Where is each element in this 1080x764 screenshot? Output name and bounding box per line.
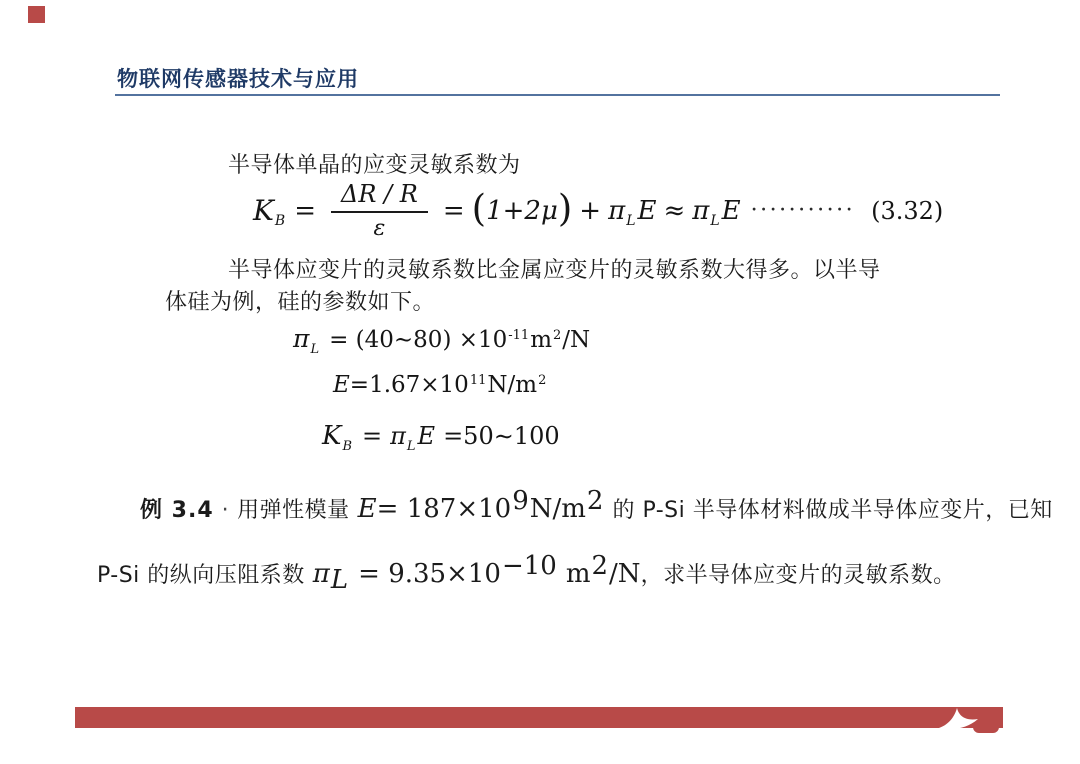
var-E: E	[722, 196, 741, 226]
unit-per-N: /N	[609, 559, 641, 589]
fraction-numerator: ΔR / R	[331, 180, 428, 213]
subscript-L: L	[407, 439, 416, 454]
equation-pi-L: π L = (40∼80) ×10 -11 m 2 /N	[293, 324, 590, 353]
example-text: ，求半导体应变片的灵敏系数。	[641, 558, 956, 589]
leader-dots: ···········	[751, 198, 855, 223]
exponent: 11	[470, 373, 487, 388]
expr-1-plus-2mu: 1+2μ	[486, 196, 558, 226]
fraction-deltaR-over-epsilon: ΔR / R ε	[331, 180, 428, 241]
separator-dot: ·	[222, 498, 230, 523]
equation-3-32: K B = ΔR / R ε = ( 1+2μ ) + π L E ≈ π L …	[253, 180, 943, 241]
unit: N/m	[530, 494, 586, 524]
unit-m: m	[530, 327, 552, 353]
intro-sentence: 半导体单晶的应变灵敏系数为	[228, 148, 521, 179]
unit-per-N: /N	[562, 327, 590, 353]
var-pi: π	[608, 196, 625, 226]
unit-m: m	[566, 559, 591, 589]
var-E: E	[358, 494, 377, 524]
equals-sign: =	[362, 422, 382, 450]
exponent: 2	[587, 486, 604, 516]
close-paren: )	[558, 187, 572, 230]
subscript-B: B	[275, 213, 285, 229]
var-pi: π	[692, 196, 709, 226]
value: =1.67×10	[350, 372, 469, 398]
var-pi: π	[313, 559, 330, 589]
example-line-1: 例 3.4 · 用弹性模量 E = 187×10 9 N/m 2 的 P-Si …	[140, 493, 1053, 524]
var-E: E	[358, 494, 377, 524]
unit: N/m	[487, 372, 537, 398]
equation-number: (3.32)	[871, 197, 943, 225]
course-title: 物联网传感器技术与应用	[117, 63, 359, 93]
var-K: K	[322, 421, 341, 451]
open-paren: (	[472, 187, 486, 230]
corner-accent-square	[28, 6, 45, 23]
exponent: 9	[512, 486, 529, 516]
example-line-2: P-Si 的纵向压阻系数 π L = 9.35×10 −10 m 2 /N ，求…	[97, 558, 956, 589]
equals-sign: =	[443, 196, 465, 226]
value-range: =50∼100	[443, 422, 560, 450]
header-divider	[115, 94, 1000, 96]
footer-accent-bar	[75, 707, 1003, 728]
var-E: E	[637, 196, 656, 226]
subscript-B: B	[342, 439, 352, 454]
exponent: −10	[502, 551, 557, 581]
example-label: 例 3.4	[140, 493, 214, 524]
value-range: = (40∼80) ×10	[329, 327, 507, 353]
exponent: 2	[538, 373, 546, 388]
equation-E: E =1.67×10 11 N/m 2	[333, 372, 547, 398]
slide: 物联网传感器技术与应用 半导体单晶的应变灵敏系数为 K B = ΔR / R ε…	[0, 0, 1080, 764]
approx-sign: ≈	[663, 196, 685, 226]
equals-sign: =	[294, 196, 316, 226]
equation-KB: K B = π L E =50∼100	[322, 421, 560, 451]
var-pi: π	[390, 422, 406, 450]
fraction-denominator: ε	[374, 213, 386, 241]
value: = 9.35×10	[358, 559, 501, 589]
example-text: 用弹性模量	[237, 493, 350, 524]
subscript-L: L	[331, 565, 348, 595]
paragraph-line-2: 体硅为例，硅的参数如下。	[165, 285, 435, 316]
subscript-L: L	[626, 213, 635, 229]
exponent: 2	[553, 328, 561, 343]
paragraph-line-1: 半导体应变片的灵敏系数比金属应变片的灵敏系数大得多。以半导	[228, 253, 881, 284]
exponent: -11	[508, 328, 529, 343]
example-text: P-Si 的纵向压阻系数	[97, 558, 305, 589]
var-pi: π	[293, 324, 309, 353]
example-text: 的 P-Si 半导体材料做成半导体应变片，已知	[612, 493, 1052, 524]
var-K: K	[253, 194, 274, 227]
flame-logo-icon	[933, 706, 981, 729]
var-E: E	[333, 372, 350, 398]
exponent: 2	[592, 551, 609, 581]
plus-sign: +	[579, 196, 601, 226]
var-E: E	[418, 422, 436, 450]
logo-tail	[973, 727, 999, 733]
var-pi: π	[313, 559, 330, 589]
value: = 187×10	[377, 494, 512, 524]
subscript-L: L	[710, 213, 719, 229]
subscript-L: L	[310, 342, 319, 357]
